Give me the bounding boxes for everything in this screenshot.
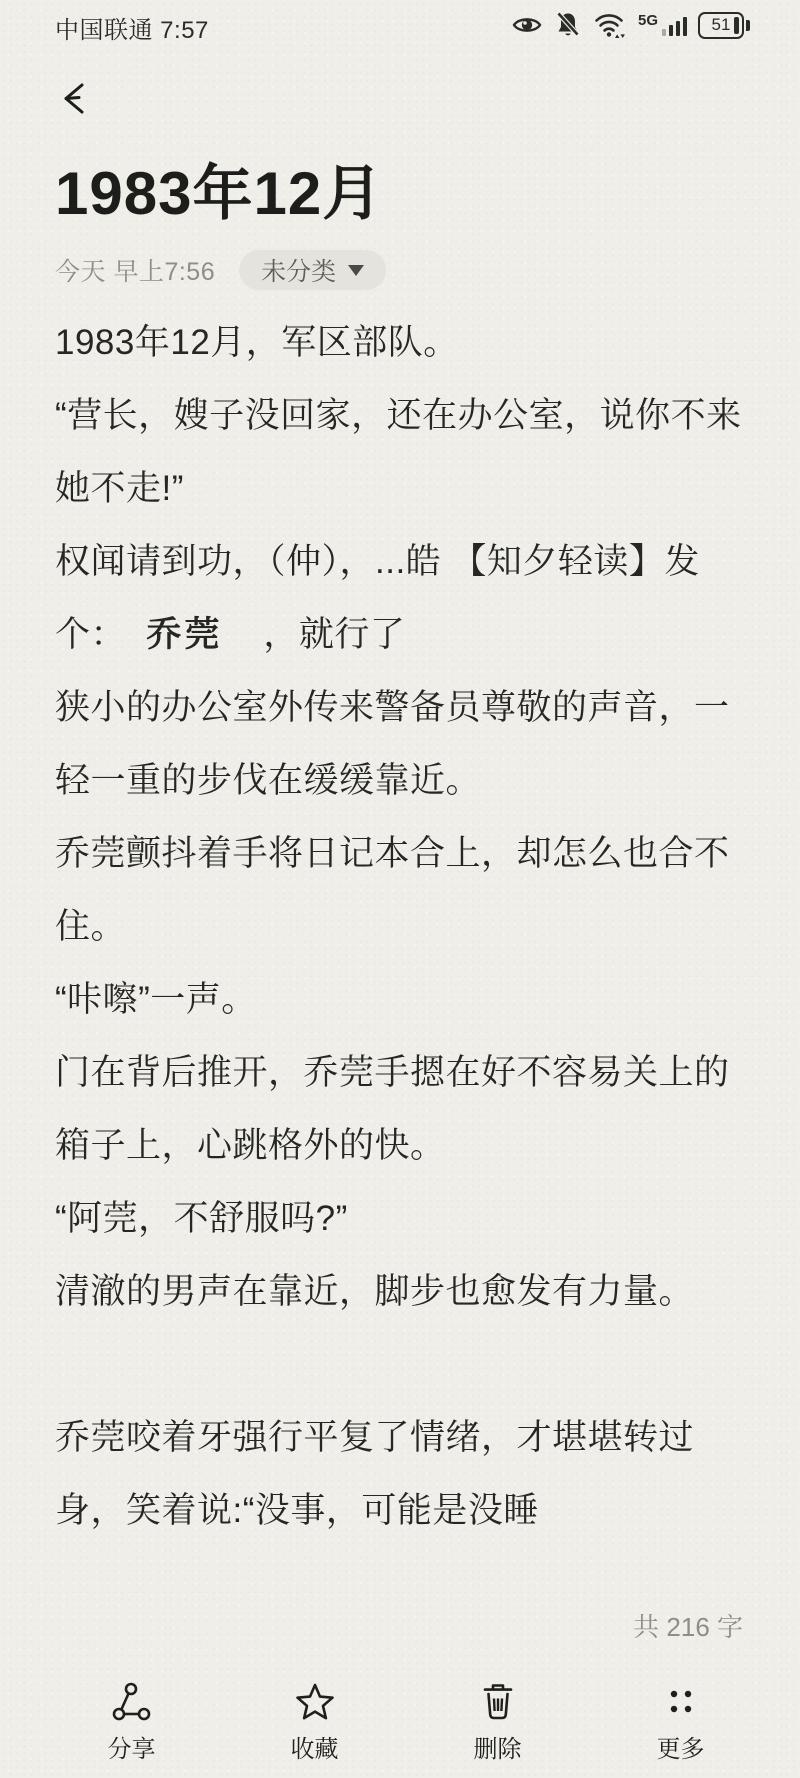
note-paragraph: 乔莞颤抖着手将日记本合上，却怎么也合不住。 <box>55 817 745 963</box>
share-icon <box>111 1681 153 1723</box>
carrier-and-time: 中国联通 7:57 <box>55 10 209 45</box>
bottom-toolbar: 分享 收藏 删除 <box>0 1681 800 1764</box>
mute-icon <box>554 11 582 39</box>
more-icon <box>660 1681 702 1723</box>
more-label: 更多 <box>657 1729 705 1764</box>
status-time: 7:57 <box>160 17 209 44</box>
note-paragraph: “阿莞，不舒服吗?” <box>55 1182 745 1255</box>
share-button[interactable]: 分享 <box>40 1681 223 1764</box>
wifi-icon <box>593 11 627 39</box>
note-date-time: 今天 早上7:56 <box>55 252 215 288</box>
note-paragraph: 门在背后推开，乔莞手摁在好不容易关上的箱子上，心跳格外的快。 <box>55 1036 745 1182</box>
word-count: 共 216 字 <box>0 1607 800 1644</box>
status-icons: 5G 51 <box>511 10 750 40</box>
signal-group: 5G <box>638 13 687 38</box>
favorite-label: 收藏 <box>291 1729 339 1764</box>
note-paragraph: “营长，嫂子没回家，还在办公室，说你不来她不走!” <box>55 379 745 525</box>
back-arrow-icon <box>54 75 100 124</box>
eye-comfort-icon <box>511 11 543 39</box>
carrier-label: 中国联通 <box>55 17 153 44</box>
note-paragraph: 清澈的男声在靠近，脚步也愈发有力量。 <box>55 1255 745 1328</box>
note-paragraph: 权闻请到功，（仲），...皓 【知夕轻读】发个： 乔莞 ，就行了 <box>55 525 745 671</box>
note-title: 1983年12月 <box>0 146 800 232</box>
note-paragraph <box>55 1328 745 1401</box>
note-meta-row: 今天 早上7:56 未分类 <box>0 250 800 290</box>
favorite-button[interactable]: 收藏 <box>223 1681 406 1764</box>
battery-level: 51 <box>712 15 731 35</box>
note-body[interactable]: 1983年12月，军区部队。“营长，嫂子没回家，还在办公室，说你不来她不走!”权… <box>0 306 800 1547</box>
note-paragraph: 狭小的办公室外传来警备员尊敬的声音，一轻一重的步伐在缓缓靠近。 <box>55 671 745 817</box>
share-label: 分享 <box>108 1729 156 1764</box>
delete-label: 删除 <box>474 1729 522 1764</box>
star-icon <box>294 1681 336 1723</box>
battery-icon: 51 <box>698 12 750 39</box>
trash-icon <box>477 1681 519 1723</box>
status-bar: 中国联通 7:57 <box>0 0 800 48</box>
category-selector[interactable]: 未分类 <box>239 250 386 290</box>
notes-app-screen: 中国联通 7:57 <box>0 0 800 1778</box>
nav-bar <box>0 74 800 124</box>
more-button[interactable]: 更多 <box>589 1681 772 1764</box>
back-button[interactable] <box>52 74 102 124</box>
signal-bars-icon <box>662 16 687 38</box>
delete-button[interactable]: 删除 <box>406 1681 589 1764</box>
note-paragraph: 乔莞咬着牙强行平复了情绪，才堪堪转过身，笑着说:“没事，可能是没睡 <box>55 1401 745 1547</box>
category-label: 未分类 <box>261 252 336 288</box>
note-paragraph: 1983年12月，军区部队。 <box>55 306 745 379</box>
network-type-label: 5G <box>638 13 658 28</box>
chevron-down-icon <box>348 265 364 276</box>
note-paragraph: “咔嚓”一声。 <box>55 963 745 1036</box>
